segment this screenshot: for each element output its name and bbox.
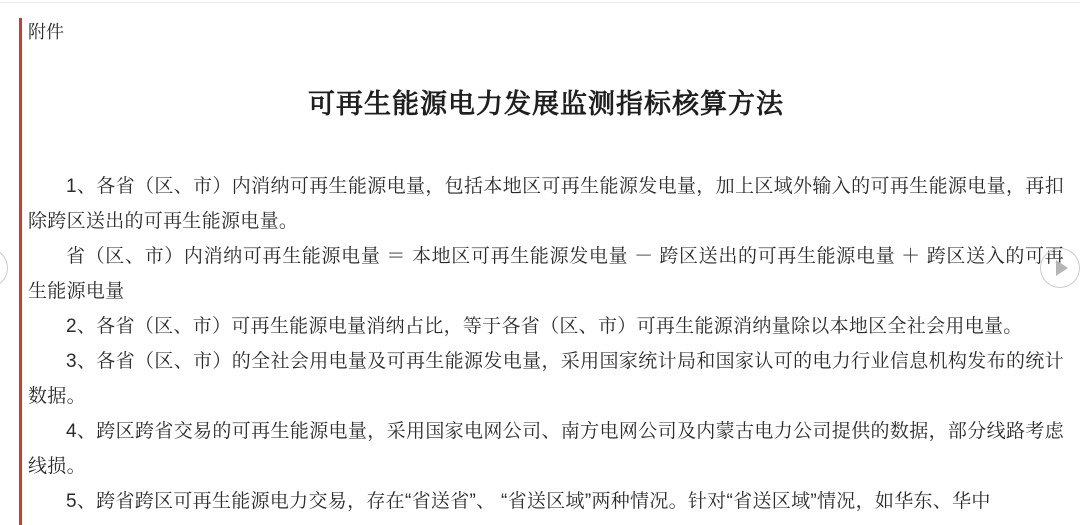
document-body: 1、各省（区、市）内消纳可再生能源电量，包括本地区可再生能源发电量，加上区域外输… (28, 169, 1064, 519)
paragraph: 3、各省（区、市）的全社会用电量及可再生能源发电量，采用国家统计局和国家认可的电… (28, 344, 1064, 414)
document-page: 附件 可再生能源电力发展监测指标核算方法 1、各省（区、市）内消纳可再生能源电量… (0, 0, 1080, 525)
document-content: 附件 可再生能源电力发展监测指标核算方法 1、各省（区、市）内消纳可再生能源电量… (28, 20, 1064, 519)
prev-button[interactable] (0, 248, 8, 288)
attachment-label: 附件 (28, 20, 1064, 44)
paragraph: 5、跨省跨区可再生能源电力交易，存在“省送省”、 “省送区域”两种情况。针对“省… (28, 484, 1064, 519)
paragraph: 4、跨区跨省交易的可再生能源电量，采用国家电网公司、南方电网公司及内蒙古电力公司… (28, 414, 1064, 484)
paragraph: 2、各省（区、市）可再生能源电量消纳占比，等于各省（区、市）可再生能源消纳量除以… (28, 309, 1064, 344)
page-title: 可再生能源电力发展监测指标核算方法 (28, 88, 1064, 120)
paragraph: 1、各省（区、市）内消纳可再生能源电量，包括本地区可再生能源发电量，加上区域外输… (28, 169, 1064, 239)
paragraph: 省（区、市）内消纳可再生能源电量 ＝ 本地区可再生能源发电量 － 跨区送出的可再… (28, 239, 1064, 309)
next-button[interactable] (1040, 248, 1080, 288)
red-accent-line (19, 18, 22, 525)
top-divider (0, 2, 1080, 3)
right-arrow-icon (1056, 260, 1068, 276)
